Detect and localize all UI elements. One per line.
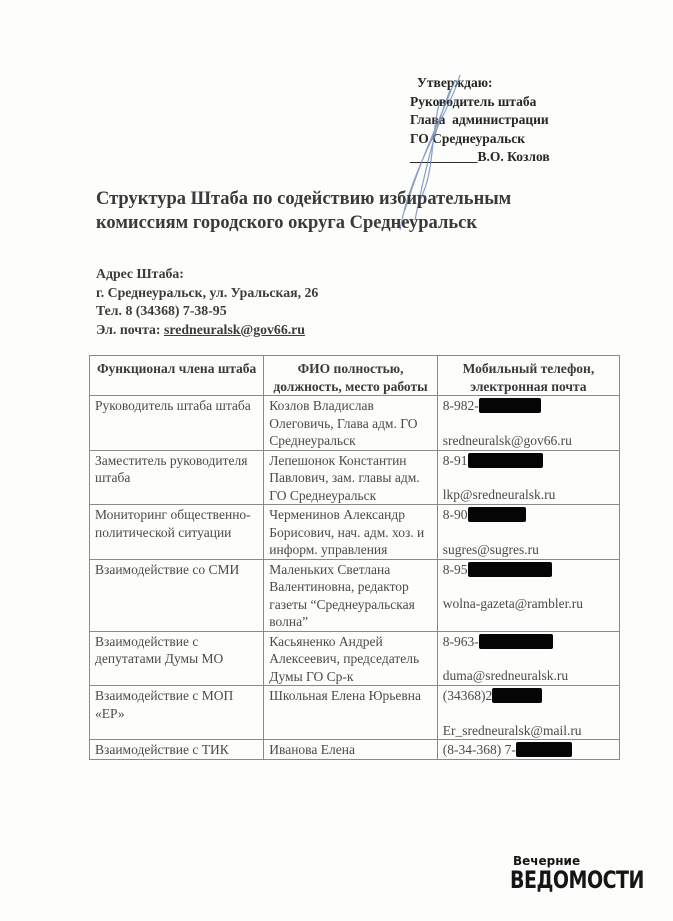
- table-row: Взаимодействие с МОП «ЕР»Школьная Елена …: [90, 686, 620, 740]
- phone-prefix: 8-90: [443, 507, 468, 522]
- cell-role: Взаимодействие с МОП «ЕР»: [90, 686, 264, 740]
- approval-heading: Утверждаю:: [410, 74, 550, 93]
- redaction-bar: [479, 398, 541, 413]
- phone-prefix: 8-963-: [443, 634, 479, 649]
- cell-person: Черменинов Александр Борисович, нач. адм…: [264, 505, 438, 560]
- address-street: г. Среднеуральск, ул. Уральская, 26: [96, 284, 318, 303]
- cell-person: Касьяненко Андрей Алексеевич, председате…: [264, 631, 438, 686]
- cell-person: Лепешонок Константин Павлович, зам. глав…: [264, 450, 438, 505]
- redaction-bar: [468, 507, 526, 522]
- logo-line-2: ВЕДОМОСТИ: [510, 868, 644, 893]
- email-label: Эл. почта:: [96, 322, 164, 337]
- cell-role: Взаимодействие со СМИ: [90, 559, 264, 631]
- address-phone: Тел. 8 (34368) 7-38-95: [96, 302, 318, 321]
- phone-row: (34368)2: [443, 687, 614, 705]
- address-block: Адрес Штаба: г. Среднеуральск, ул. Ураль…: [96, 265, 318, 339]
- contact-email: lkp@sredneuralsk.ru: [443, 486, 614, 504]
- cell-contact: (8-34-368) 7-: [437, 740, 619, 760]
- cell-person: Маленьких Светлана Валентиновна, редакто…: [264, 559, 438, 631]
- table-row: Взаимодействие с депутатами Думы МОКасья…: [90, 631, 620, 686]
- approval-block: Утверждаю: Руководитель штаба Глава адми…: [410, 74, 550, 167]
- contact-email: sugres@sugres.ru: [443, 541, 614, 559]
- contact-email: wolna-gazeta@rambler.ru: [443, 595, 614, 613]
- cell-person: Иванова Елена: [264, 740, 438, 760]
- approval-position-2: Глава администрации: [410, 111, 550, 130]
- cell-person: Школьная Елена Юрьевна: [264, 686, 438, 740]
- table-row: Мониторинг общественно-политической ситу…: [90, 505, 620, 560]
- phone-prefix: (34368)2: [443, 688, 493, 703]
- cell-role: Мониторинг общественно-политической ситу…: [90, 505, 264, 560]
- cell-role: Руководитель штаба штаба: [90, 396, 264, 451]
- redaction-bar: [468, 453, 543, 468]
- phone-prefix: 8-982-: [443, 398, 479, 413]
- cell-role: Взаимодействие с депутатами Думы МО: [90, 631, 264, 686]
- table-row: Взаимодействие со СМИМаленьких Светлана …: [90, 559, 620, 631]
- contact-email: sredneuralsk@gov66.ru: [443, 432, 614, 450]
- staff-table: Функционал члена штаба ФИО полностью, до…: [89, 355, 620, 760]
- cell-person: Козлов Владислав Олеговичь, Глава адм. Г…: [264, 396, 438, 451]
- approval-signature-line: __________В.О. Козлов: [410, 148, 550, 167]
- contact-email: Er_sredneuralsk@mail.ru: [443, 722, 614, 740]
- cell-contact: 8-91lkp@sredneuralsk.ru: [437, 450, 619, 505]
- title-line-2: комиссиям городского округа Среднеуральс…: [96, 211, 511, 235]
- cell-contact: 8-982-sredneuralsk@gov66.ru: [437, 396, 619, 451]
- redaction-bar: [479, 634, 553, 649]
- approval-org: ГО Среднеуральск: [410, 130, 550, 149]
- redaction-bar: [468, 562, 552, 577]
- cell-contact: (34368)2Er_sredneuralsk@mail.ru: [437, 686, 619, 740]
- phone-row: 8-90: [443, 506, 614, 524]
- cell-contact: 8-90sugres@sugres.ru: [437, 505, 619, 560]
- redaction-bar: [492, 688, 542, 703]
- redaction-bar: [516, 742, 572, 757]
- phone-row: 8-982-: [443, 397, 614, 415]
- title-line-1: Структура Штаба по содействию избиратель…: [96, 187, 511, 211]
- phone-prefix: (8-34-368) 7-: [443, 742, 516, 757]
- newspaper-logo: Вечерние ВЕДОМОСТИ: [510, 855, 644, 888]
- phone-row: 8-963-: [443, 633, 614, 651]
- cell-role: Заместитель руководителя штаба: [90, 450, 264, 505]
- phone-prefix: 8-91: [443, 453, 468, 468]
- table-header-row: Функционал члена штаба ФИО полностью, до…: [90, 356, 620, 396]
- table-row: Руководитель штаба штабаКозлов Владислав…: [90, 396, 620, 451]
- phone-row: 8-95: [443, 561, 614, 579]
- phone-row: (8-34-368) 7-: [443, 741, 614, 759]
- cell-role: Взаимодействие с ТИК: [90, 740, 264, 760]
- header-person: ФИО полностью, должность, место работы: [264, 356, 438, 396]
- address-label: Адрес Штаба:: [96, 265, 318, 284]
- phone-row: 8-91: [443, 452, 614, 470]
- email-link[interactable]: sredneuralsk@gov66.ru: [164, 322, 305, 337]
- address-email-row: Эл. почта: sredneuralsk@gov66.ru: [96, 321, 318, 340]
- cell-contact: 8-95wolna-gazeta@rambler.ru: [437, 559, 619, 631]
- header-role: Функционал члена штаба: [90, 356, 264, 396]
- approval-position: Руководитель штаба: [410, 93, 550, 112]
- table-row: Заместитель руководителя штабаЛепешонок …: [90, 450, 620, 505]
- cell-contact: 8-963-duma@sredneuralsk.ru: [437, 631, 619, 686]
- contact-email: duma@sredneuralsk.ru: [443, 667, 614, 685]
- phone-prefix: 8-95: [443, 562, 468, 577]
- table-row: Взаимодействие с ТИКИванова Елена(8-34-3…: [90, 740, 620, 760]
- header-contact: Мобильный телефон, электронная почта: [437, 356, 619, 396]
- document-title: Структура Штаба по содействию избиратель…: [96, 187, 511, 235]
